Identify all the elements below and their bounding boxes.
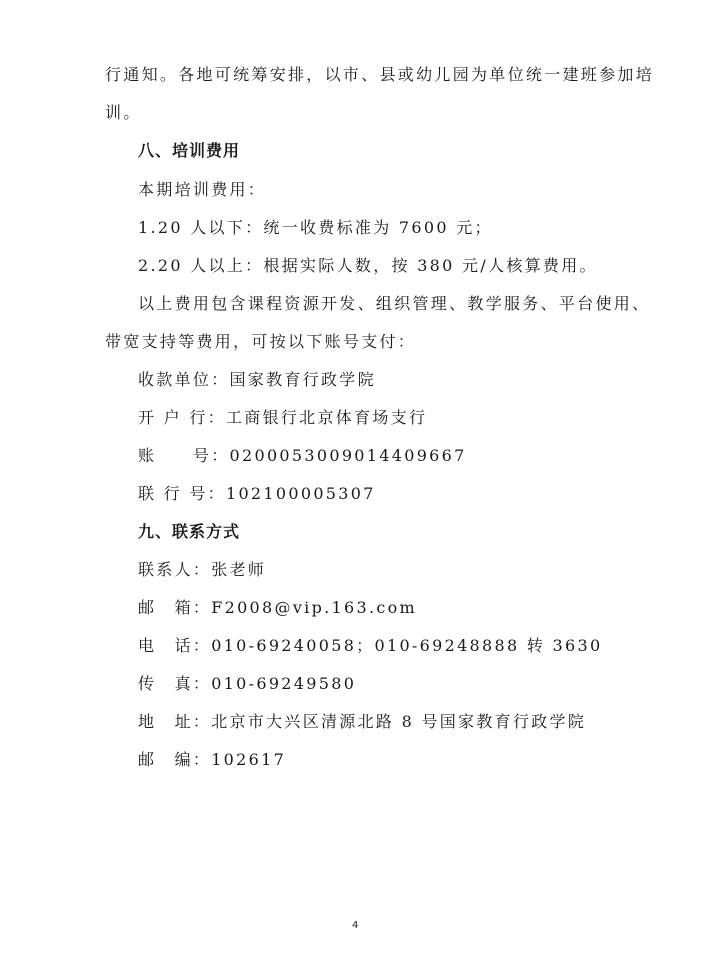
- fee-note-line-2: 带宽支持等费用，可按以下账号支付：: [105, 332, 416, 352]
- continuation-line-2: 训。: [105, 103, 142, 123]
- continuation-line-1: 行通知。各地可统筹安排，以市、县或幼儿园为单位统一建班参加培: [105, 65, 654, 85]
- contact-person: 联系人：张老师: [138, 560, 266, 580]
- contact-email: 邮 箱：F2008@vip.163.com: [138, 598, 417, 618]
- contact-postcode: 邮 编：102617: [138, 750, 286, 770]
- fee-item-1: 1.20 人以下：统一收费标准为 7600 元；: [138, 218, 493, 238]
- page-number: 4: [352, 920, 358, 931]
- bank: 开 户 行：工商银行北京体育场支行: [138, 408, 427, 428]
- fee-item-2: 2.20 人以上：根据实际人数，按 380 元/人核算费用。: [138, 256, 598, 276]
- fee-note-line-1: 以上费用包含课程资源开发、组织管理、教学服务、平台使用、: [138, 294, 650, 314]
- contact-address: 地 址：北京市大兴区清源北路 8 号国家教育行政学院: [138, 712, 586, 732]
- bank-code: 联 行 号：102100005307: [138, 484, 376, 504]
- fee-intro: 本期培训费用：: [138, 180, 266, 200]
- section-8-heading: 八、培训费用: [138, 141, 240, 161]
- contact-fax: 传 真：010-69249580: [138, 674, 356, 694]
- section-9-heading: 九、联系方式: [138, 522, 240, 542]
- contact-phone: 电 话：010-69240058；010-69248888 转 3630: [138, 636, 602, 656]
- account-number: 账 号：0200053009014409667: [138, 446, 467, 466]
- payee: 收款单位：国家教育行政学院: [138, 370, 376, 390]
